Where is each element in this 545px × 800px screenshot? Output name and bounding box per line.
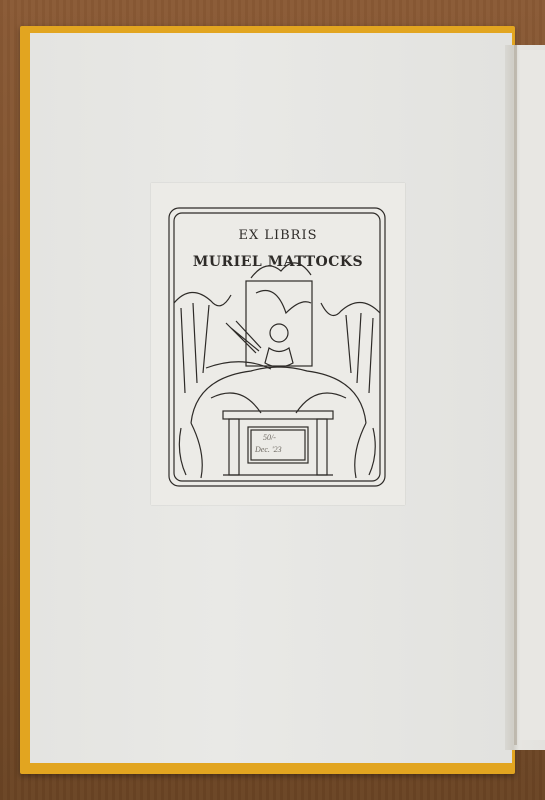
photo-scene: EX LIBRIS MURIEL MATTOCKS 50/- Dec. '23: [0, 0, 545, 800]
handwritten-price: 50/-: [263, 433, 276, 442]
ex-libris-heading: EX LIBRIS: [151, 228, 405, 243]
handwritten-date: Dec. '23: [255, 445, 282, 454]
owner-name: MURIEL MATTOCKS: [151, 254, 405, 270]
hinge-crease: [514, 45, 517, 745]
ex-libris-bookplate: EX LIBRIS MURIEL MATTOCKS 50/- Dec. '23: [151, 183, 405, 505]
first-page-edge: [520, 50, 545, 740]
